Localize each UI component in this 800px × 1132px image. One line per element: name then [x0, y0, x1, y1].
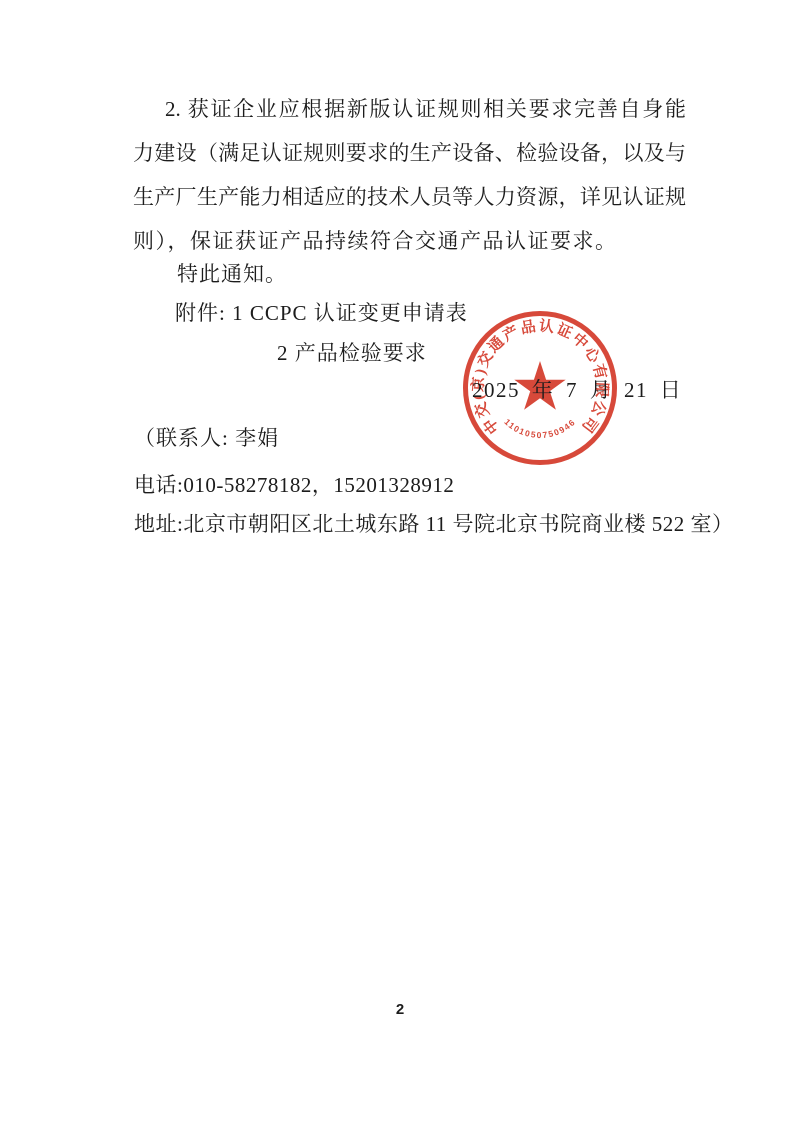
document-page: 2. 获证企业应根据新版认证规则相关要求完善自身能 力建设（满足认证规则要求的生… [0, 0, 800, 1132]
paragraph-line-3: 生产厂生产能力相适应的技术人员等人力资源，详见认证规 [133, 184, 686, 210]
contact-person-line: （联系人: 李娟 [134, 425, 279, 451]
contact-phone-line: 电话:010-58278182，15201328912 [134, 472, 454, 498]
seal-serial-number: 1101050750946 [502, 417, 577, 440]
attachment-line-2: 2 产品检验要求 [277, 340, 427, 366]
paragraph-line-1: 2. 获证企业应根据新版认证规则相关要求完善自身能 [133, 96, 686, 122]
page-number: 2 [0, 1002, 800, 1019]
paragraph-line-4: 则），保证获证产品持续符合交通产品认证要求。 [133, 228, 686, 254]
attachment-line-1: 附件: 1 CCPC 认证变更申请表 [175, 300, 468, 326]
closing-line: 特此通知。 [177, 261, 287, 287]
date-line: 2025 年 7 月 21 日 [472, 377, 682, 403]
paragraph-line-2: 力建设（满足认证规则要求的生产设备、检验设备，以及与 [133, 140, 686, 166]
contact-address-line: 地址:北京市朝阳区北土城东路 11 号院北京书院商业楼 522 室） [134, 511, 734, 537]
